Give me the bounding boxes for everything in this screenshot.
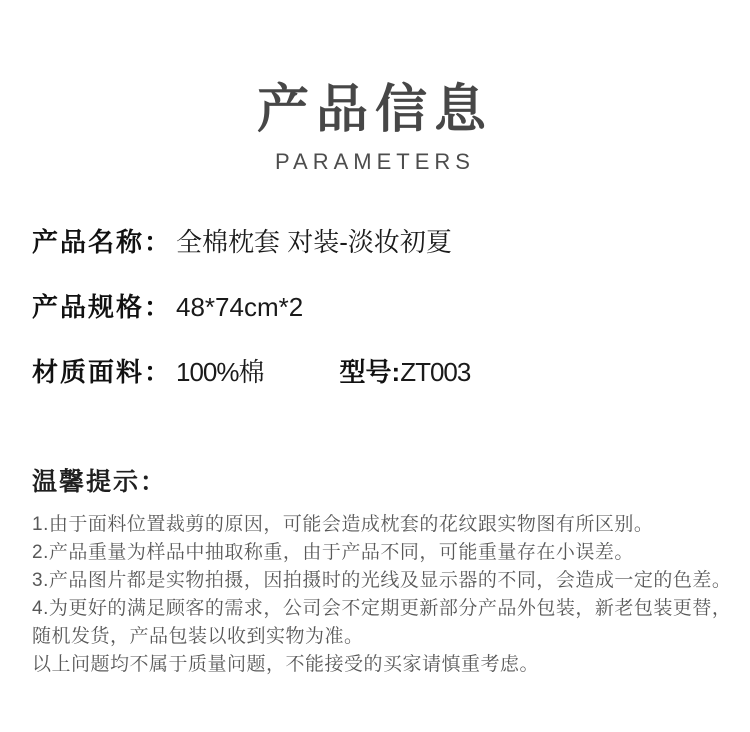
tips-list: 1.由于面料位置裁剪的原因，可能会造成枕套的花纹跟实物图有所区别。 2.产品重量… <box>32 511 732 679</box>
model-group: 型号:ZT003 <box>340 357 471 387</box>
model-label: 型号: <box>340 357 401 387</box>
tip-line-2: 2.产品重量为样品中抽取称重，由于产品不同，可能重量存在小误差。 <box>32 539 732 567</box>
tips-heading: 温馨提示： <box>32 468 732 496</box>
spec-row-product-name: 产品名称：全棉枕套 对装-淡妆初夏 <box>32 228 750 256</box>
model-value: ZT003 <box>400 357 470 387</box>
header: 产品信息 PARAMETERS <box>0 0 750 174</box>
tip-line-1: 1.由于面料位置裁剪的原因，可能会造成枕套的花纹跟实物图有所区别。 <box>32 511 732 539</box>
product-info-page: 产品信息 PARAMETERS 产品名称：全棉枕套 对装-淡妆初夏 产品规格：4… <box>0 0 750 732</box>
product-size-value: 48*74cm*2 <box>176 292 303 322</box>
tip-line-5: 以上问题均不属于质量问题，不能接受的买家请慎重考虑。 <box>32 651 732 679</box>
product-name-label: 产品名称： <box>32 227 172 257</box>
page-title: 产品信息 <box>0 82 750 138</box>
page-subtitle: PARAMETERS <box>0 150 750 174</box>
spec-row-product-size: 产品规格：48*74cm*2 <box>32 293 750 321</box>
material-value: 100%棉 <box>176 357 264 387</box>
tip-line-4: 4.为更好的满足顾客的需求，公司会不定期更新部分产品外包装，新老包装更替，随机发… <box>32 595 732 651</box>
tip-line-3: 3.产品图片都是实物拍摄，因拍摄时的光线及显示器的不同，会造成一定的色差。 <box>32 567 732 595</box>
product-size-label: 产品规格： <box>32 292 172 322</box>
product-name-value: 全棉枕套 对装-淡妆初夏 <box>176 227 452 257</box>
material-label: 材质面料： <box>32 357 172 387</box>
spec-row-material: 材质面料：100%棉型号:ZT003 <box>32 358 750 386</box>
spec-list: 产品名称：全棉枕套 对装-淡妆初夏 产品规格：48*74cm*2 材质面料：10… <box>32 228 750 386</box>
tips-section: 温馨提示： 1.由于面料位置裁剪的原因，可能会造成枕套的花纹跟实物图有所区别。 … <box>32 468 732 679</box>
